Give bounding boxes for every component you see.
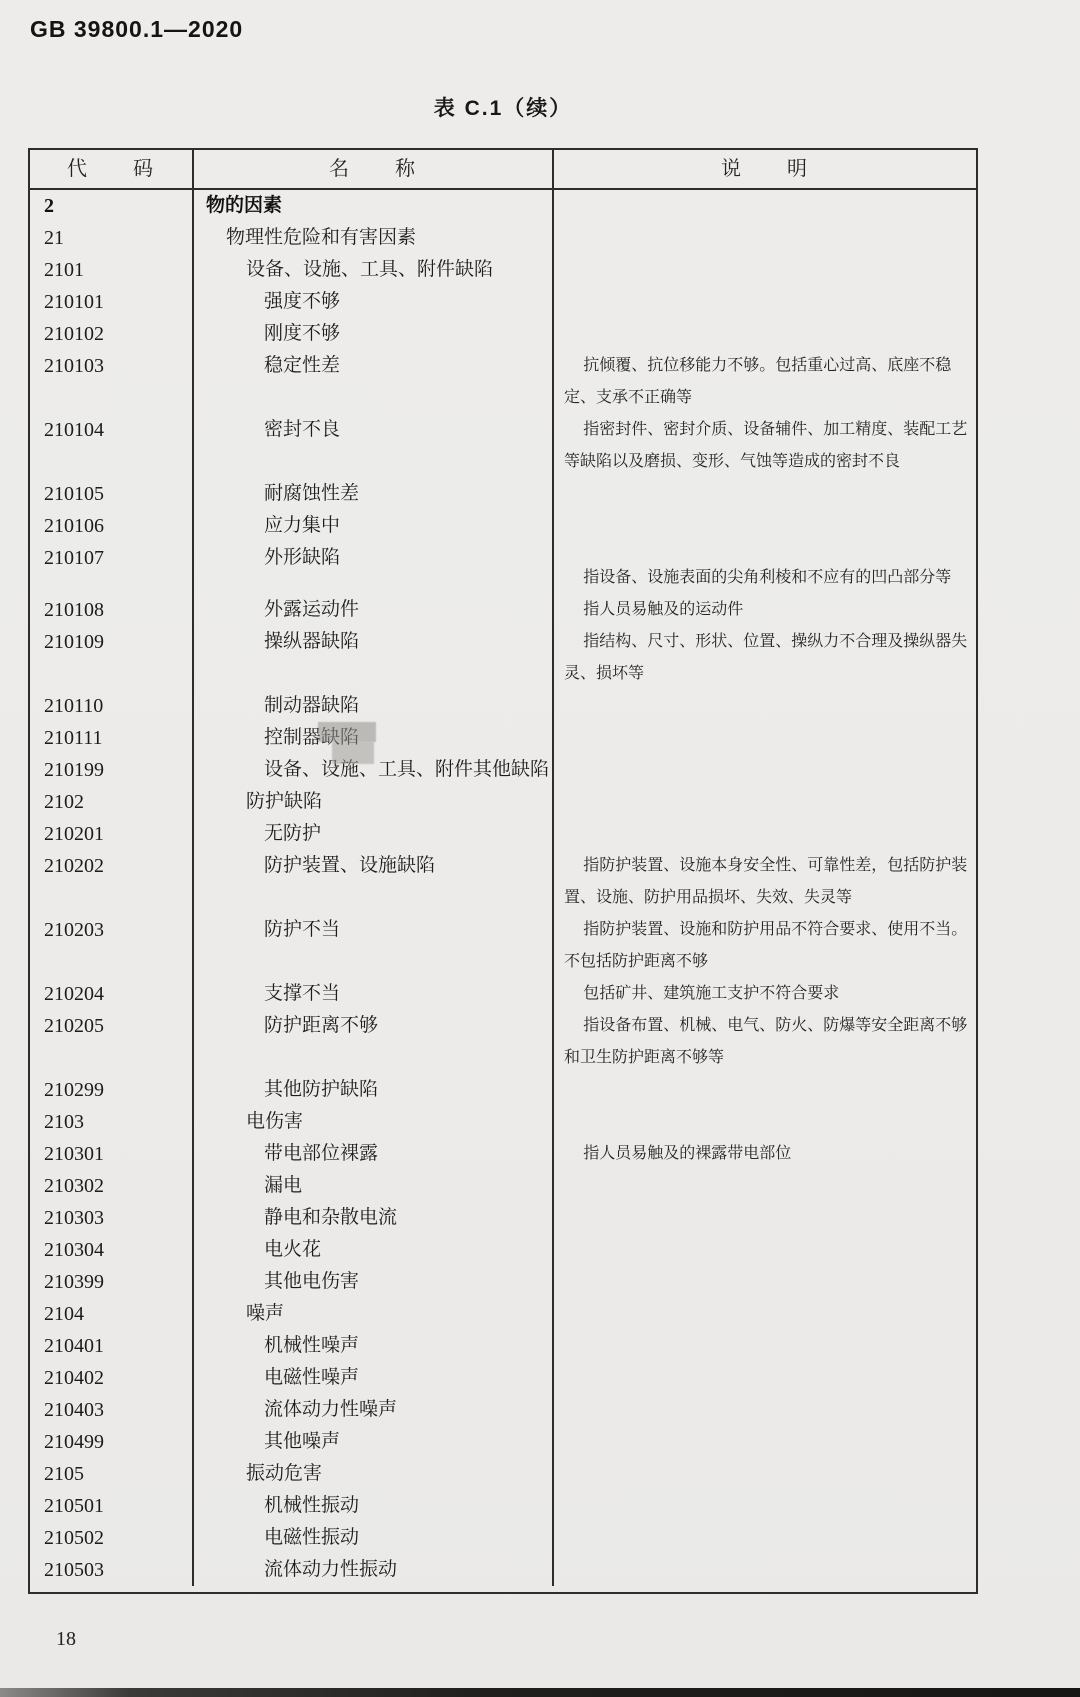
header-desc: 说 明 [554, 150, 976, 188]
code-cell: 210106 [30, 510, 192, 542]
table-row: 210110制动器缺陷 [30, 690, 976, 722]
desc-cell [554, 818, 976, 850]
desc-cell: 抗倾覆、抗位移能力不够。包括重心过高、底座不稳 定、支承不正确等 [554, 350, 976, 414]
name-cell: 外形缺陷 [192, 542, 554, 594]
code-cell: 210201 [30, 818, 192, 850]
name-cell: 其他噪声 [192, 1426, 554, 1458]
name-cell: 电伤害 [192, 1106, 554, 1138]
desc-cell: 指结构、尺寸、形状、位置、操纵力不合理及操纵器失 灵、损坏等 [554, 626, 976, 690]
desc-cell [554, 1458, 976, 1490]
code-cell: 210108 [30, 594, 192, 626]
desc-cell [554, 1298, 976, 1330]
table-row: 210104密封不良指密封件、密封介质、设备辅件、加工精度、装配工艺 等缺陷以及… [30, 414, 976, 478]
code-cell: 210304 [30, 1234, 192, 1266]
code-cell: 210501 [30, 1490, 192, 1522]
desc-cell [554, 254, 976, 286]
name-cell: 制动器缺陷 [192, 690, 554, 722]
desc-cell [554, 1074, 976, 1106]
desc-cell: 指设备布置、机械、电气、防火、防爆等安全距离不够 和卫生防护距离不够等 [554, 1010, 976, 1074]
table-row: 210503流体动力性振动 [30, 1554, 976, 1586]
table-row: 210108外露运动件指人员易触及的运动件 [30, 594, 976, 626]
name-cell: 防护装置、设施缺陷 [192, 850, 554, 914]
desc-cell [554, 722, 976, 754]
code-cell: 2102 [30, 786, 192, 818]
name-cell: 漏电 [192, 1170, 554, 1202]
code-cell: 210301 [30, 1138, 192, 1170]
table-row: 210502电磁性振动 [30, 1522, 976, 1554]
table-row: 210199设备、设施、工具、附件其他缺陷 [30, 754, 976, 786]
name-cell: 防护不当 [192, 914, 554, 978]
name-cell: 带电部位裸露 [192, 1138, 554, 1170]
table-row: 210109操纵器缺陷指结构、尺寸、形状、位置、操纵力不合理及操纵器失 灵、损坏… [30, 626, 976, 690]
code-cell: 210299 [30, 1074, 192, 1106]
code-cell: 210103 [30, 350, 192, 414]
name-cell: 稳定性差 [192, 350, 554, 414]
name-cell: 其他电伤害 [192, 1266, 554, 1298]
table-row: 210401机械性噪声 [30, 1330, 976, 1362]
table-row: 210107外形缺陷指设备、设施表面的尖角利棱和不应有的凹凸部分等 [30, 542, 976, 594]
code-cell: 210499 [30, 1426, 192, 1458]
code-cell: 210104 [30, 414, 192, 478]
name-cell: 机械性噪声 [192, 1330, 554, 1362]
table-header-row: 代 码 名 称 说 明 [30, 150, 976, 190]
desc-cell [554, 318, 976, 350]
table-row: 21物理性危险和有害因素 [30, 222, 976, 254]
table-row: 210302漏电 [30, 1170, 976, 1202]
name-cell: 其他防护缺陷 [192, 1074, 554, 1106]
desc-cell [554, 478, 976, 510]
desc-cell [554, 510, 976, 542]
table-row: 210501机械性振动 [30, 1490, 976, 1522]
code-cell: 210109 [30, 626, 192, 690]
desc-cell: 指防护装置、设施本身安全性、可靠性差，包括防护装 置、设施、防护用品损坏、失效、… [554, 850, 976, 914]
name-cell: 耐腐蚀性差 [192, 478, 554, 510]
code-cell: 2 [30, 190, 192, 222]
desc-cell [554, 286, 976, 318]
desc-cell: 包括矿井、建筑施工支护不符合要求 [554, 978, 976, 1010]
code-cell: 210205 [30, 1010, 192, 1074]
name-cell: 电磁性噪声 [192, 1362, 554, 1394]
table-title: 表 C.1（续） [28, 92, 978, 122]
table-row: 210106应力集中 [30, 510, 976, 542]
code-cell: 2103 [30, 1106, 192, 1138]
code-cell: 21 [30, 222, 192, 254]
table-row: 210301带电部位裸露指人员易触及的裸露带电部位 [30, 1138, 976, 1170]
desc-cell [554, 1330, 976, 1362]
table-row: 210399其他电伤害 [30, 1266, 976, 1298]
desc-cell [554, 1362, 976, 1394]
scanned-page: GB 39800.1—2020 表 C.1（续） 代 码 名 称 说 明 2物的… [0, 0, 1080, 1697]
code-cell: 210105 [30, 478, 192, 510]
desc-cell [554, 1234, 976, 1266]
desc-cell [554, 1554, 976, 1586]
name-cell: 电磁性振动 [192, 1522, 554, 1554]
desc-cell: 指防护装置、设施和防护用品不符合要求、使用不当。 不包括防护距离不够 [554, 914, 976, 978]
table-row: 210103稳定性差抗倾覆、抗位移能力不够。包括重心过高、底座不稳 定、支承不正… [30, 350, 976, 414]
table-row: 2105振动危害 [30, 1458, 976, 1490]
table-row: 210303静电和杂散电流 [30, 1202, 976, 1234]
desc-cell [554, 190, 976, 222]
table-row: 2103电伤害 [30, 1106, 976, 1138]
name-cell: 外露运动件 [192, 594, 554, 626]
code-cell: 210399 [30, 1266, 192, 1298]
table-row: 210101强度不够 [30, 286, 976, 318]
code-cell: 210102 [30, 318, 192, 350]
code-cell: 210503 [30, 1554, 192, 1586]
name-cell: 强度不够 [192, 286, 554, 318]
table-row: 210304电火花 [30, 1234, 976, 1266]
code-cell: 210199 [30, 754, 192, 786]
scan-edge-bar [0, 1688, 1080, 1697]
desc-cell [554, 1266, 976, 1298]
name-cell: 振动危害 [192, 1458, 554, 1490]
page-number: 18 [56, 1628, 76, 1651]
name-cell: 流体动力性振动 [192, 1554, 554, 1586]
code-cell: 210401 [30, 1330, 192, 1362]
desc-cell [554, 1170, 976, 1202]
code-cell: 210110 [30, 690, 192, 722]
header-name: 名 称 [192, 150, 554, 188]
code-cell: 2104 [30, 1298, 192, 1330]
table-row: 2物的因素 [30, 190, 976, 222]
name-cell: 流体动力性噪声 [192, 1394, 554, 1426]
table-row: 210111控制器缺陷 [30, 722, 976, 754]
name-cell: 防护缺陷 [192, 786, 554, 818]
table-row: 210403流体动力性噪声 [30, 1394, 976, 1426]
table-row: 210205防护距离不够指设备布置、机械、电气、防火、防爆等安全距离不够 和卫生… [30, 1010, 976, 1074]
code-cell: 210111 [30, 722, 192, 754]
code-cell: 210203 [30, 914, 192, 978]
desc-cell [554, 1490, 976, 1522]
code-cell: 210204 [30, 978, 192, 1010]
name-cell: 密封不良 [192, 414, 554, 478]
code-cell: 210303 [30, 1202, 192, 1234]
code-cell: 2101 [30, 254, 192, 286]
name-cell: 防护距离不够 [192, 1010, 554, 1074]
desc-cell [554, 222, 976, 254]
table-body: 2物的因素21物理性危险和有害因素2101设备、设施、工具、附件缺陷210101… [30, 190, 976, 1592]
name-cell: 设备、设施、工具、附件其他缺陷 [192, 754, 554, 786]
code-cell: 210101 [30, 286, 192, 318]
name-cell: 控制器缺陷 [192, 722, 554, 754]
desc-cell [554, 754, 976, 786]
table-row: 210202防护装置、设施缺陷指防护装置、设施本身安全性、可靠性差，包括防护装 … [30, 850, 976, 914]
table-row: 2104噪声 [30, 1298, 976, 1330]
table-row: 210102刚度不够 [30, 318, 976, 350]
code-cell: 210202 [30, 850, 192, 914]
doc-number: GB 39800.1—2020 [30, 16, 243, 43]
code-cell: 210402 [30, 1362, 192, 1394]
code-cell: 210302 [30, 1170, 192, 1202]
desc-cell [554, 1426, 976, 1458]
desc-cell: 指人员易触及的运动件 [554, 594, 976, 626]
table-row: 2102防护缺陷 [30, 786, 976, 818]
table-row: 210499其他噪声 [30, 1426, 976, 1458]
desc-cell [554, 1106, 976, 1138]
desc-cell: 指人员易触及的裸露带电部位 [554, 1138, 976, 1170]
name-cell: 电火花 [192, 1234, 554, 1266]
code-cell: 210502 [30, 1522, 192, 1554]
name-cell: 支撑不当 [192, 978, 554, 1010]
table-row: 210402电磁性噪声 [30, 1362, 976, 1394]
name-cell: 设备、设施、工具、附件缺陷 [192, 254, 554, 286]
desc-cell: 指密封件、密封介质、设备辅件、加工精度、装配工艺 等缺陷以及磨损、变形、气蚀等造… [554, 414, 976, 478]
desc-cell [554, 690, 976, 722]
name-cell: 静电和杂散电流 [192, 1202, 554, 1234]
hazard-code-table: 代 码 名 称 说 明 2物的因素21物理性危险和有害因素2101设备、设施、工… [28, 148, 978, 1594]
desc-cell [554, 1522, 976, 1554]
desc-cell [554, 786, 976, 818]
desc-cell [554, 1202, 976, 1234]
table-row: 210204支撑不当包括矿井、建筑施工支护不符合要求 [30, 978, 976, 1010]
table-row: 210201无防护 [30, 818, 976, 850]
table-row: 210203防护不当指防护装置、设施和防护用品不符合要求、使用不当。 不包括防护… [30, 914, 976, 978]
desc-cell: 指设备、设施表面的尖角利棱和不应有的凹凸部分等 [554, 542, 976, 594]
table-row: 2101设备、设施、工具、附件缺陷 [30, 254, 976, 286]
name-cell: 噪声 [192, 1298, 554, 1330]
table-row: 210299其他防护缺陷 [30, 1074, 976, 1106]
name-cell: 刚度不够 [192, 318, 554, 350]
code-cell: 2105 [30, 1458, 192, 1490]
name-cell: 应力集中 [192, 510, 554, 542]
code-cell: 210107 [30, 542, 192, 594]
name-cell: 操纵器缺陷 [192, 626, 554, 690]
name-cell: 物理性危险和有害因素 [192, 222, 554, 254]
name-cell: 物的因素 [192, 190, 554, 222]
name-cell: 机械性振动 [192, 1490, 554, 1522]
desc-cell [554, 1394, 976, 1426]
code-cell: 210403 [30, 1394, 192, 1426]
table-row: 210105耐腐蚀性差 [30, 478, 976, 510]
name-cell: 无防护 [192, 818, 554, 850]
header-code: 代 码 [30, 150, 192, 188]
